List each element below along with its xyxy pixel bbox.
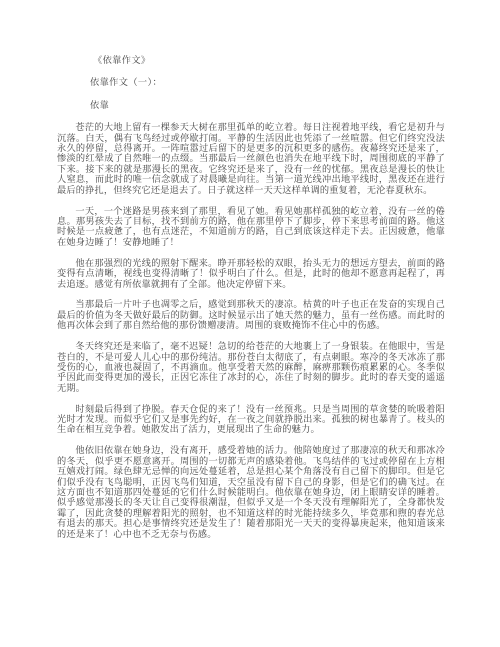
essay-paragraph: 苍茫的大地上留有一棵参天大树在那里孤单的屹立着。每日注视着地平线，看它是初升与沉…	[57, 122, 445, 195]
essay-paragraph: 时刻最后得到了挣脱。春天仓促的来了！没有一丝预兆。只是当周围的草贪婪的吮吸着阳光…	[57, 404, 445, 435]
document-page: 《依靠作文》 依靠作文（一）： 依靠 苍茫的大地上留有一棵参天大树在那里孤单的屹…	[0, 0, 500, 647]
essay-paragraph: 他依旧依靠在她身边，没有离开，感受着她的活力。他陪她度过了那凄凉的秋天和那冰冷的…	[57, 445, 445, 539]
essay-paragraph: 他在那强烈的光线的照射下醒来。睁开那轻松的双眼，抬头无力的想远方望去，前面的路变…	[57, 258, 445, 289]
essay-series-label: 依靠作文（一）：	[57, 77, 445, 87]
essay-paragraph: 冬天终究还是来临了，毫不迟疑！急切的给苍茫的大地裹上了一身银装。在他眼中，雪是苍…	[57, 341, 445, 393]
essay-paragraph: 一天，一个迷路是男孩来到了那里，看见了她。看见她那样孤独的屹立着，没有一丝的倦息…	[57, 206, 445, 248]
essay-heading: 依靠	[57, 100, 445, 110]
essay-title: 《依靠作文》	[57, 55, 445, 65]
essay-paragraph: 当那最后一片叶子也凋零之后，感觉到那秋天的凄凉。枯黄的叶子也正在发奋的实现自己最…	[57, 299, 445, 330]
